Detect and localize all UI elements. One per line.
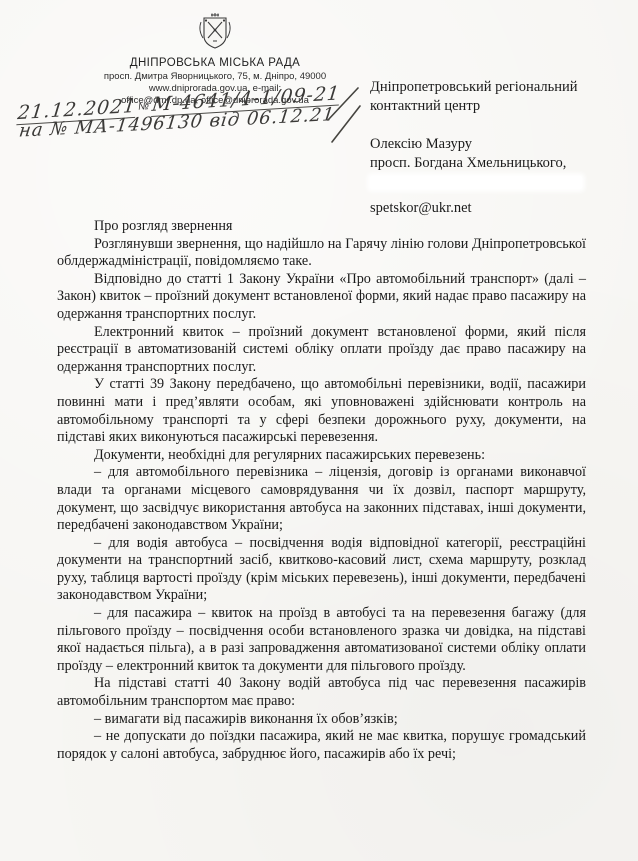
- body-paragraph: Електронний квиток – проїзний документ в…: [57, 324, 586, 377]
- recipient-email: spetskor@ukr.net: [370, 199, 600, 218]
- org-name: ДНІПРОВСЬКА МІСЬКА РАДА: [60, 57, 370, 69]
- pen-flourish-strokes: [322, 86, 362, 146]
- spacer: [370, 116, 600, 135]
- body-paragraph: На підставі статті 40 Закону водій автоб…: [57, 675, 586, 710]
- body-paragraph: Документи, необхідні для регулярних паса…: [57, 447, 586, 465]
- recipient-address: просп. Богдана Хмельницького,: [370, 154, 600, 173]
- body-paragraph: – для пасажира – квиток на проїзд в авто…: [57, 605, 586, 675]
- spacer: [370, 191, 600, 199]
- body-paragraph: – для водія автобуса – посвідчення водія…: [57, 535, 586, 605]
- redacted-address-line: [370, 176, 582, 189]
- recipient-org-line2: контактний центр: [370, 97, 600, 116]
- body-paragraph: У статті 39 Закону передбачено, що автом…: [57, 376, 586, 446]
- recipient-person: Олексію Мазуру: [370, 135, 600, 154]
- dnipro-city-coat-of-arms-icon: [196, 12, 234, 54]
- org-address: просп. Дмитра Яворницького, 75, м. Дніпр…: [60, 71, 370, 83]
- number-sign: №: [137, 101, 150, 113]
- letter-subject: Про розгляд звернення: [57, 218, 586, 236]
- body-paragraph: – для автомобільного перевізника – ліцен…: [57, 464, 586, 534]
- body-paragraph: – не допускати до поїздки пасажира, який…: [57, 728, 586, 763]
- scanned-letter-page: ДНІПРОВСЬКА МІСЬКА РАДА просп. Дмитра Яв…: [0, 0, 638, 861]
- body-paragraph: – вимагати від пасажирів виконання їх об…: [57, 711, 586, 729]
- body-paragraph: Відповідно до статті 1 Закону України «П…: [57, 271, 586, 324]
- recipient-org-line1: Дніпропетровський регіональний: [370, 78, 600, 97]
- recipient-block: Дніпропетровський регіональний контактни…: [370, 78, 600, 218]
- body-paragraph: Розглянувши звернення, що надійшло на Га…: [57, 236, 586, 271]
- letter-body: Про розгляд звернення Розглянувши зверне…: [57, 218, 586, 763]
